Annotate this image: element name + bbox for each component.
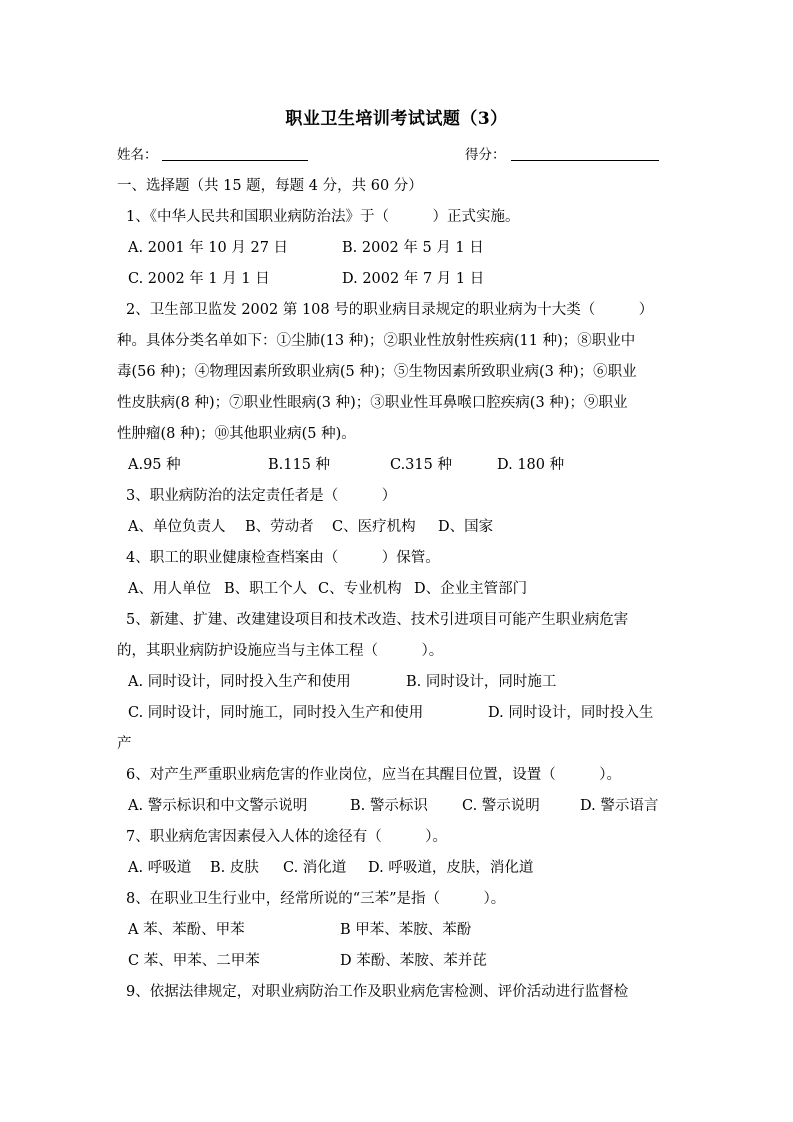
question-2-stem-line-1: 2、卫生部卫监发 2002 第 108 号的职业病目录规定的职业病为十大类（ ）: [126, 300, 653, 320]
question-2-stem-line-2: 种。具体分类名单如下：①尘肺(13 种)；②职业性放射性疾病(11 种)；⑧职业…: [117, 331, 635, 351]
question-7-stem: 7、职业病危害因素侵入人体的途径有（ ）。: [126, 827, 447, 847]
q7-option-c: C. 消化道: [283, 858, 346, 878]
q8-option-a: A 苯、苯酚、甲苯: [128, 920, 245, 940]
q6-option-b: B. 警示标识: [350, 796, 428, 816]
q4-option-a: A、用人单位: [128, 579, 211, 599]
q6-option-a: A. 警示标识和中文警示说明: [128, 796, 307, 816]
q2-option-c: C.315 种: [390, 455, 452, 475]
q4-option-b: B、职工个人: [224, 579, 307, 599]
question-2-stem-line-3: 毒(56 种)；④物理因素所致职业病(5 种)；⑤生物因素所致职业病(3 种)；…: [117, 362, 637, 382]
q5-option-b: B. 同时设计，同时施工: [406, 672, 556, 692]
q6-option-c: C. 警示说明: [462, 796, 540, 816]
q2-option-b: B.115 种: [268, 455, 330, 475]
q7-option-b: B. 皮肤: [210, 858, 259, 878]
q8-option-b: B 甲苯、苯胺、苯酚: [340, 920, 471, 940]
question-2-stem-line-4: 性皮肤病(8 种)；⑦职业性眼病(3 种)；③职业性耳鼻喉口腔疾病(3 种)；⑨…: [117, 393, 627, 413]
q8-option-c: C 苯、甲苯、二甲苯: [128, 951, 260, 971]
q5-option-d: D. 同时设计，同时投入生: [488, 703, 653, 723]
question-6-stem: 6、对产生严重职业病危害的作业岗位，应当在其醒目位置，设置（ ）。: [126, 765, 621, 785]
score-field-underline[interactable]: [511, 160, 659, 161]
exam-page: 职业卫生培训考试试题（3） 姓名： 得分： 一、选择题（共 15 题，每题 4 …: [0, 0, 793, 1122]
q3-option-b: B、劳动者: [245, 517, 314, 537]
q2-option-a: A.95 种: [128, 455, 181, 475]
q5-option-c: C. 同时设计，同时施工，同时投入生产和使用: [128, 703, 423, 723]
name-field-underline[interactable]: [162, 160, 308, 161]
q2-option-d: D. 180 种: [497, 455, 564, 475]
q5-option-a: A. 同时设计，同时投入生产和使用: [128, 672, 351, 692]
q4-option-d: D、企业主管部门: [414, 579, 527, 599]
q5-option-d-wrap: 产: [117, 734, 132, 754]
exam-title: 职业卫生培训考试试题（3）: [0, 104, 793, 129]
q8-option-d: D 苯酚、苯胺、苯并芘: [340, 951, 487, 971]
question-9-stem-line-1: 9、依据法律规定，对职业病防治工作及职业病危害检测、评价活动进行监督检: [126, 982, 628, 1002]
q7-option-d: D. 呼吸道，皮肤，消化道: [368, 858, 533, 878]
question-4-stem: 4、职工的职业健康检查档案由（ ）保管。: [126, 548, 440, 568]
name-label: 姓名：: [117, 145, 158, 165]
question-1-stem: 1、《中华人民共和国职业病防治法》于（ ）正式实施。: [126, 207, 519, 227]
q3-option-a: A、单位负责人: [128, 517, 225, 537]
q1-option-b: B. 2002 年 5 月 1 日: [342, 238, 484, 258]
q7-option-a: A. 呼吸道: [128, 858, 191, 878]
question-2-stem-line-5: 性肿瘤(8 种)；⑩其他职业病(5 种)。: [117, 424, 356, 444]
question-8-stem: 8、在职业卫生行业中，经常所说的“三苯”是指（ ）。: [126, 889, 505, 909]
q3-option-d: D、国家: [438, 517, 493, 537]
q1-option-c: C. 2002 年 1 月 1 日: [128, 269, 270, 289]
q3-option-c: C、医疗机构: [332, 517, 416, 537]
question-3-stem: 3、职业病防治的法定责任者是（ ）: [126, 486, 396, 506]
section-heading: 一、选择题（共 15 题，每题 4 分，共 60 分）: [117, 176, 423, 196]
question-5-stem-line-1: 5、新建、扩建、改建建设项目和技术改造、技术引进项目可能产生职业病危害: [126, 610, 628, 630]
q1-option-d: D. 2002 年 7 月 1 日: [342, 269, 484, 289]
q1-option-a: A. 2001 年 10 月 27 日: [128, 238, 288, 258]
score-label: 得分：: [465, 145, 506, 165]
question-5-stem-line-2: 的，其职业病防护设施应当与主体工程（ ）。: [117, 641, 443, 661]
q4-option-c: C、专业机构: [318, 579, 402, 599]
q6-option-d: D. 警示语言: [580, 796, 658, 816]
